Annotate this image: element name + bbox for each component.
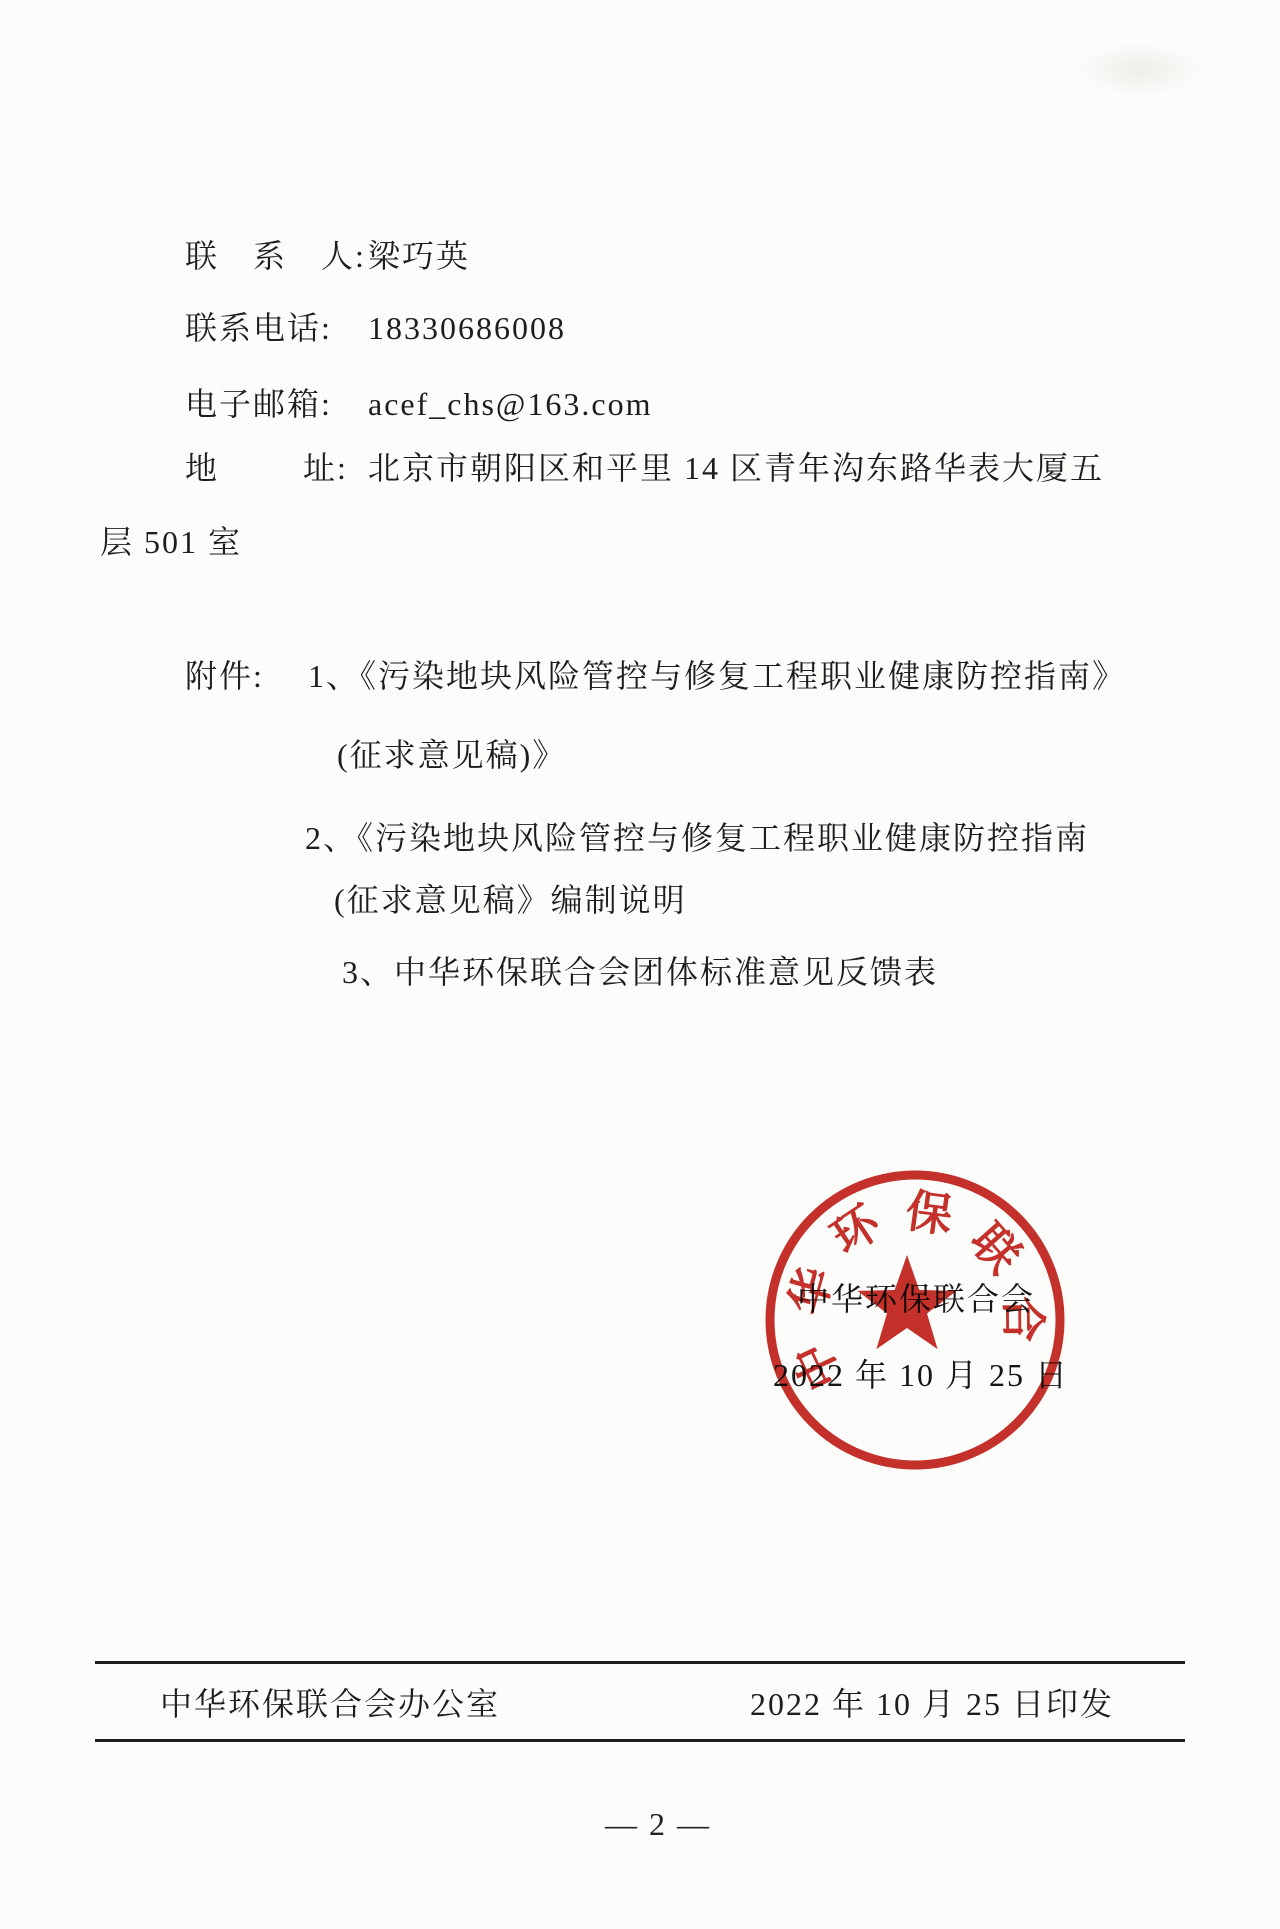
footer-rule-top: [95, 1661, 1185, 1664]
attachment-1-line2: (征求意见稿)》: [337, 733, 566, 777]
attachment-3-line1: 3、中华环保联合会团体标准意见反馈表: [342, 950, 938, 994]
address-value-line2: 层 501 室: [100, 520, 242, 564]
contact-email-label: 电子邮箱:: [185, 382, 332, 426]
footer-office: 中华环保联合会办公室: [160, 1682, 500, 1726]
signature-org-row: 中华环保联合会: [0, 1277, 1280, 1321]
contact-email-row: 电子邮箱: acef_chs@163.com: [0, 382, 1280, 426]
page-number-row: — 2 —: [0, 1802, 1280, 1846]
contact-person-row: 联 系 人: 梁巧英: [0, 234, 1280, 278]
attachments-row-3: 2、《污染地块风险管控与修复工程职业健康防控指南: [0, 816, 1280, 860]
footer-row: 中华环保联合会办公室 2022 年 10 月 25 日印发: [0, 1682, 1280, 1726]
signature-date-row: 2022 年 10 月 25 日: [0, 1353, 1280, 1397]
attachment-2-line1: 2、《污染地块风险管控与修复工程职业健康防控指南: [305, 816, 1089, 860]
contact-phone-row: 联系电话: 18330686008: [0, 306, 1280, 350]
contact-address-row: 地 址: 北京市朝阳区和平里 14 区青年沟东路华表大厦五: [0, 446, 1280, 490]
contact-person-value: 梁巧英: [368, 234, 470, 278]
seal-graphic: 中华环保联合会: [760, 1170, 1070, 1470]
footer-issue-date: 2022 年 10 月 25 日印发: [750, 1682, 1114, 1726]
contact-phone-value: 18330686008: [368, 306, 566, 350]
contact-phone-label: 联系电话:: [185, 306, 332, 350]
attachments-row-1: 附件: 1、《污染地块风险管控与修复工程职业健康防控指南》: [0, 654, 1280, 698]
address-label-first: 地: [185, 446, 219, 490]
contact-email-value: acef_chs@163.com: [368, 382, 652, 426]
address-label-second: 址:: [303, 446, 348, 490]
official-seal: 中华环保联合会: [760, 1170, 1070, 1470]
attachment-2-line2: (征求意见稿》编制说明: [334, 878, 687, 922]
scan-smudge: [1075, 42, 1205, 97]
footer-rule-bottom: [95, 1739, 1185, 1742]
seal-star-icon: [858, 1255, 957, 1349]
attachments-row-5: 3、中华环保联合会团体标准意见反馈表: [0, 950, 1280, 994]
attachments-row-2: (征求意见稿)》: [0, 733, 1280, 777]
scanned-document-page: 联 系 人: 梁巧英 联系电话: 18330686008 电子邮箱: acef_…: [0, 0, 1280, 1929]
address-value-line1: 北京市朝阳区和平里 14 区青年沟东路华表大厦五: [368, 446, 1104, 490]
attachments-row-4: (征求意见稿》编制说明: [0, 878, 1280, 922]
attachments-label: 附件:: [185, 654, 264, 698]
contact-address-row2: 层 501 室: [0, 520, 1280, 564]
page-number: — 2 —: [605, 1802, 711, 1846]
attachment-1-line1: 1、《污染地块风险管控与修复工程职业健康防控指南》: [308, 654, 1126, 698]
contact-person-label: 联 系 人:: [185, 234, 366, 278]
